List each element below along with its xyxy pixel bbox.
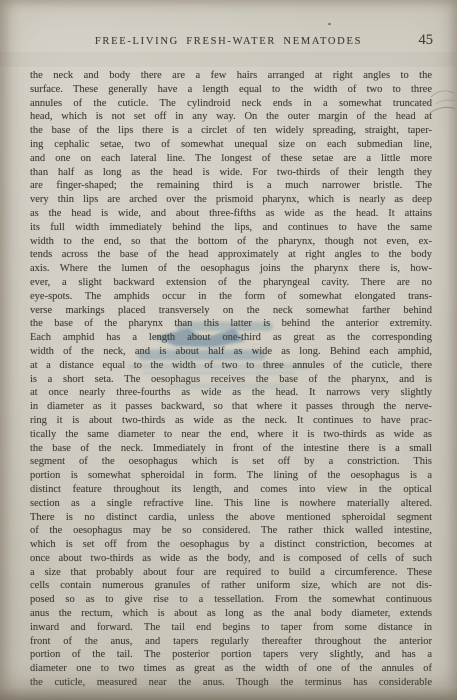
text-line: is a short seta. The oesophagus receives…	[30, 373, 432, 387]
text-line: width to the end, so that the bottom of …	[30, 235, 432, 249]
text-line: front of the anus, and tapers regularly …	[30, 635, 432, 649]
text-line: cells contain numerous granules of rathe…	[30, 579, 432, 593]
text-line: as the head is wide, and about three-fif…	[30, 207, 432, 221]
text-line: Each amphid has a length about one-third…	[30, 331, 432, 345]
text-line: which is set off from the oesophagus by …	[30, 538, 432, 552]
text-line: diameter one to two times as great as th…	[30, 662, 432, 676]
text-line: and one on each lateral line. The longes…	[30, 152, 432, 166]
text-line: at a distance equal to the width of two …	[30, 359, 432, 373]
text-line: axis. Where the lumen of the oesophagus …	[30, 262, 432, 276]
text-line: once about two-thirds as wide as the bod…	[30, 552, 432, 566]
page-number: 45	[419, 32, 434, 49]
running-title: FREE-LIVING FRESH-WATER NEMATODES	[0, 36, 457, 47]
text-line: ing cephalic setae, two of somewhat uneq…	[30, 138, 432, 152]
text-line: posed so as to give rise to a tessellati…	[30, 593, 432, 607]
text-line: very thin lips are arched over the prism…	[30, 193, 432, 207]
body-text: the neck and body there are a few hairs …	[30, 69, 432, 690]
text-line: inward and forward. The tail end begins …	[30, 621, 432, 635]
text-line: ever, a slight backward extension of the…	[30, 276, 432, 290]
margin-pencil-marks	[428, 86, 457, 120]
text-line: ring it is about two-thirds as wide as t…	[30, 414, 432, 428]
text-line: segment of the oesophagus which is set o…	[30, 455, 432, 469]
text-line: the base of the neck. Immediately in fro…	[30, 442, 432, 456]
text-line: in diameter as it passes backward, so th…	[30, 400, 432, 414]
text-line: tically the same diameter to near the en…	[30, 428, 432, 442]
text-line: at once nearly three-fourths as wide as …	[30, 386, 432, 400]
book-page: FREE-LIVING FRESH-WATER NEMATODES 45 the…	[0, 0, 457, 700]
text-line: surface. These generally have a length e…	[30, 83, 432, 97]
text-line: anus the rectum, which is about as long …	[30, 607, 432, 621]
text-line: portion of the tail. The posterior porti…	[30, 648, 432, 662]
text-line: head, which is not set off in any way. O…	[30, 110, 432, 124]
text-line: its full width immediately behind the li…	[30, 221, 432, 235]
text-line: than half as long as the head is wide. F…	[30, 166, 432, 180]
text-line: portion is somewhat spheroidal in form. …	[30, 469, 432, 483]
text-line: eye-spots. The amphids occur in the form…	[30, 290, 432, 304]
text-line: verse markings placed transversely on th…	[30, 304, 432, 318]
header-shading	[0, 52, 457, 67]
text-line: section as a single refractive line. Thi…	[30, 497, 432, 511]
text-line: width of the neck, and is about half as …	[30, 345, 432, 359]
text-line: the neck and body there are a few hairs …	[30, 69, 432, 83]
text-line: the cuticle, measured near the anus. Tho…	[30, 676, 432, 690]
text-line: annules of the cuticle. The cylindroid n…	[30, 97, 432, 111]
text-line: distinct feature throughout its length, …	[30, 483, 432, 497]
text-line: of the oesophagus may be so considered. …	[30, 524, 432, 538]
text-line: a size that probably about four are requ…	[30, 566, 432, 580]
ink-speck	[328, 23, 331, 25]
text-line: are finger-shaped; the remaining third i…	[30, 179, 432, 193]
text-line: There is no distinct cardia, unless the …	[30, 511, 432, 525]
text-line: the base of the pharynx than this latter…	[30, 317, 432, 331]
text-line: tends across the base of the head approx…	[30, 248, 432, 262]
text-line: the base of the lips there is a circlet …	[30, 124, 432, 138]
